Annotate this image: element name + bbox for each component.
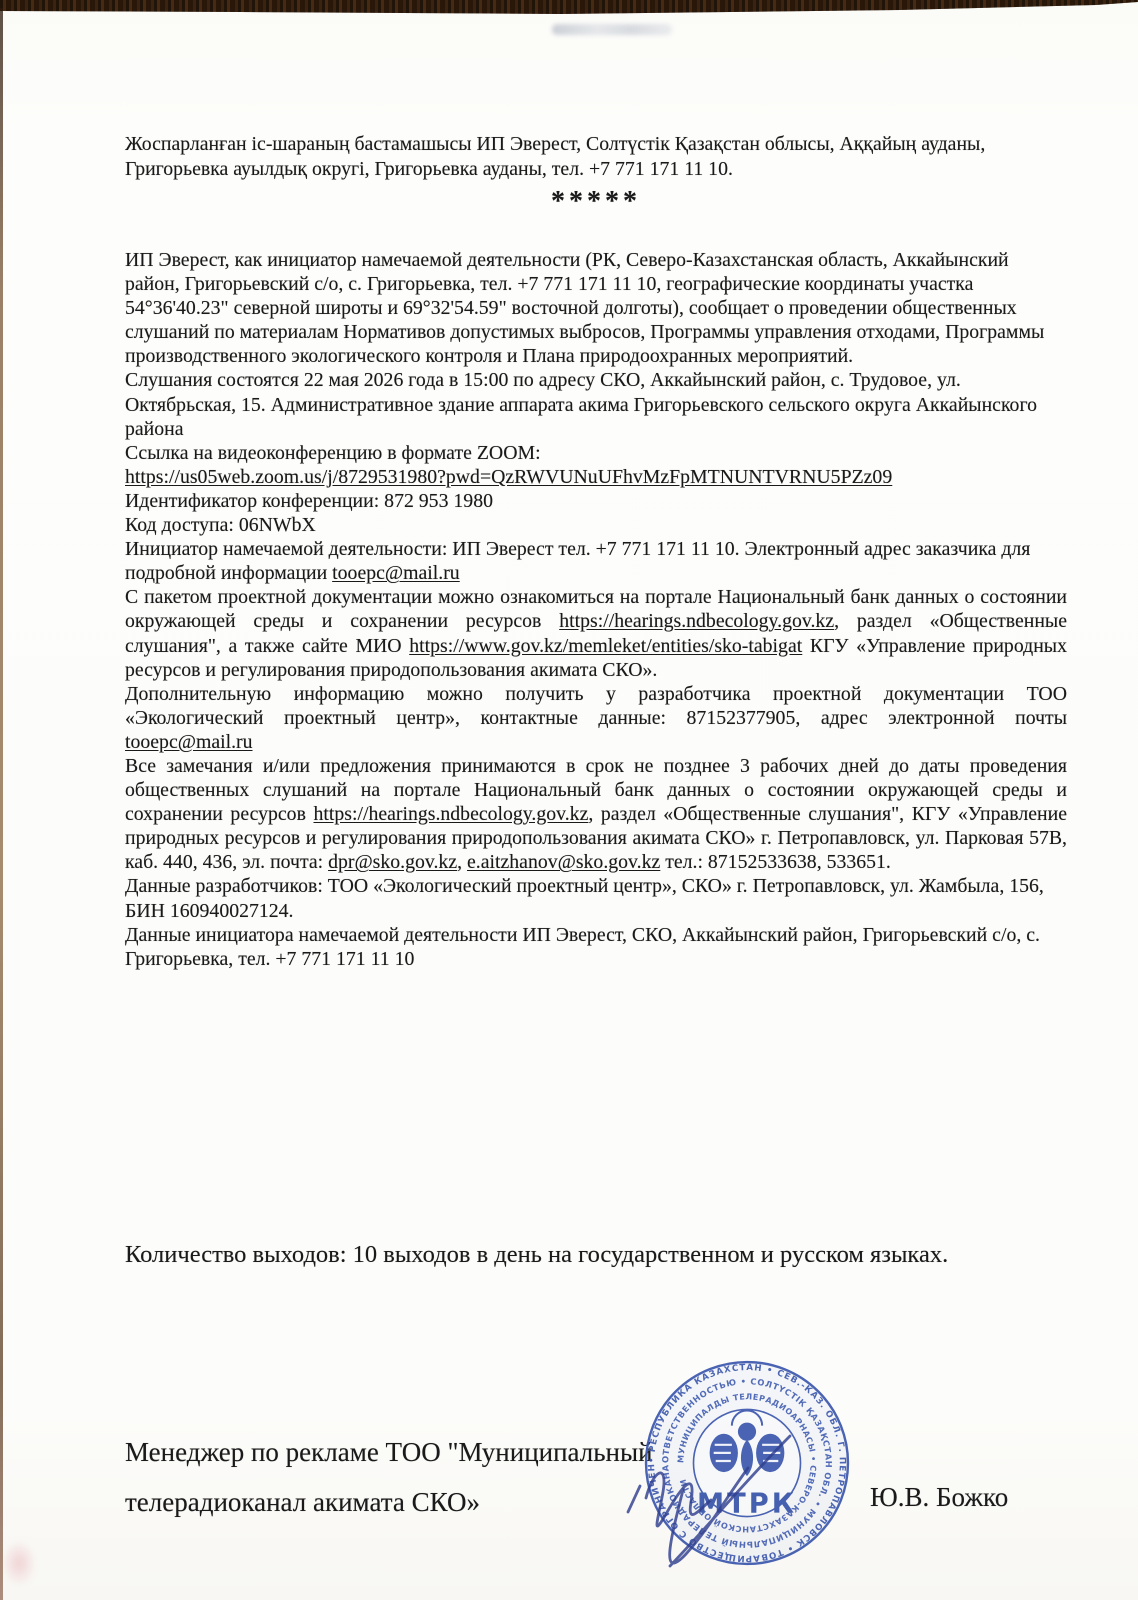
kazakh-header-paragraph: Жоспарланған іс-шараның бастамашысы ИП Э… [125,132,1067,182]
scan-artifact-blob [2,1540,36,1586]
zoom-conference-link: https://us05web.zoom.us/j/8729531980?pwd… [125,466,892,488]
developer-text: Дополнительную информацию можно получить… [125,683,1067,729]
handwritten-signature [600,1390,810,1590]
broadcast-count-line: Количество выходов: 10 выходов в день на… [125,1241,1085,1269]
signer-name: Ю.В. Божко [870,1482,1008,1513]
signer-role-line-1: Менеджер по рекламе ТОО "Муниципальный [125,1437,653,1468]
zoom-link-line: https://us05web.zoom.us/j/8729531980?pwd… [125,465,1067,489]
mio-site-link: https://www.gov.kz/memleket/entities/sko… [409,635,802,657]
access-code-line: Код доступа: 06NWbX [125,513,1067,537]
remarks-text-4: тел.: 87152533638, 533651. [660,851,891,873]
aitzhanov-email-link: e.aitzhanov@sko.gov.kz [467,851,660,873]
scanned-document-page: Жоспарланған іс-шараның бастамашысы ИП Э… [0,0,1138,1600]
hearings-portal-link: https://hearings.ndbecology.gov.kz [559,610,834,632]
customer-email-link: tooepc@mail.ru [332,562,460,584]
hearings-portal-link-2: https://hearings.ndbecology.gov.kz [313,803,588,825]
zoom-link-label: Ссылка на видеоконференцию в формате ZOO… [125,441,1067,465]
developer-email-link: tooepc@mail.ru [125,731,253,753]
initiator-contact-text: Инициатор намечаемой деятельности: ИП Эв… [125,538,1030,584]
paragraph-initiator-contact: Инициатор намечаемой деятельности: ИП Эв… [125,537,1067,585]
signer-role-line-2: телерадиоканал акимата СКО» [125,1487,480,1518]
paragraph-hearing-details: Слушания состоятся 22 мая 2026 года в 15… [125,368,1067,440]
conference-id-line: Идентификатор конференции: 872 953 1980 [125,489,1067,513]
stars-separator: ***** [125,186,1067,218]
faint-scan-smudge [552,24,672,35]
paragraph-announcement: ИП Эверест, как инициатор намечаемой дея… [125,248,1067,368]
paper-left-edge [0,8,3,1600]
photo-table-edge [0,0,1138,15]
remarks-text-3: , [457,851,467,873]
paragraph-initiator-data: Данные инициатора намечаемой деятельност… [125,923,1067,971]
paragraph-remarks: Все замечания и/или предложения принимаю… [125,754,1067,874]
paragraph-documentation-portal: С пакетом проектной документации можно о… [125,585,1067,681]
paragraph-developer-info: Дополнительную информацию можно получить… [125,682,1067,754]
document-body: ИП Эверест, как инициатор намечаемой дея… [125,248,1067,971]
dpr-email-link: dpr@sko.gov.kz [328,851,457,873]
paragraph-developers-data: Данные разработчиков: ТОО «Экологический… [125,874,1067,922]
